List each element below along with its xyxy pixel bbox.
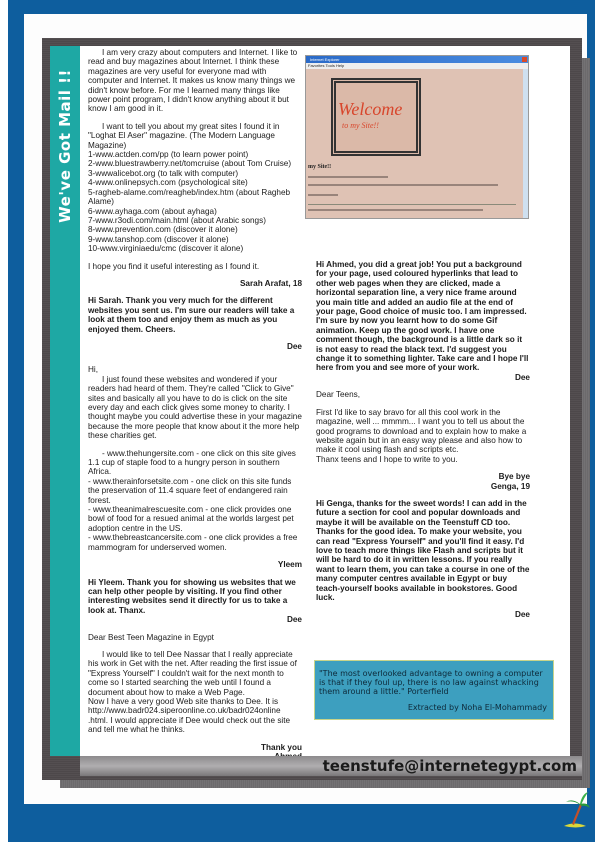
letter-paragraph: I would like to tell Dee Nassar that I r… — [88, 650, 302, 697]
signature: Dee — [316, 610, 530, 619]
page-edge — [0, 0, 8, 842]
left-column: I am very crazy about computers and Inte… — [88, 48, 302, 769]
browser-menubar: Favorites Tools Help — [306, 63, 528, 69]
quote-text: "The most overlooked advantage to owning… — [319, 669, 549, 696]
list-item: 10-www.virginiaedu/cmc (discover it alon… — [88, 244, 302, 253]
letter-paragraph: I am very crazy about computers and Inte… — [88, 48, 302, 114]
list-item: - www.thebreastcancersite.com - one clic… — [88, 533, 302, 552]
list-item: - www.therainforsetsite.com - one click … — [88, 477, 302, 505]
text-line — [308, 209, 483, 211]
letter-sarah: I am very crazy about computers and Inte… — [88, 48, 302, 288]
letter-ahmed: Dear Best Teen Magazine in Egypt I would… — [88, 633, 302, 762]
contact-email[interactable]: teenstufe@internetegypt.com — [323, 756, 577, 776]
list-item: 2-www.bluestrawberry.net/tomcruise (abou… — [88, 159, 302, 168]
text-line — [308, 194, 338, 196]
list-item: 5-ragheb-alame.com/reagheb/index.htm (ab… — [88, 188, 302, 207]
signature-line: Thank you — [88, 743, 302, 752]
letter-closing: I hope you find it useful interesting as… — [88, 262, 302, 271]
section-title: We've Got Mail !! — [50, 46, 80, 246]
list-item: 1-www.actden.com/pp (to learn power poin… — [88, 150, 302, 159]
right-column: Hi Ahmed, you did a great job! You put a… — [316, 260, 530, 628]
site-list: 1-www.actden.com/pp (to learn power poin… — [88, 150, 302, 253]
signature: Sarah Arafat, 18 — [88, 279, 302, 288]
reply-genga: Hi Genga, thanks for the sweet words! I … — [316, 499, 530, 620]
signature: Dee — [88, 615, 302, 624]
letter-yleem: Hi, I just found these websites and wond… — [88, 365, 302, 569]
close-icon — [522, 57, 527, 62]
letter-genga: Dear Teens, First I'd like to say bravo … — [316, 390, 530, 491]
text-line — [308, 176, 388, 178]
quote-box: "The most overlooked advantage to owning… — [314, 660, 554, 720]
list-item: 3-wwwalicebot.org (to talk with computer… — [88, 169, 302, 178]
website-screenshot: Internet Explorer Favorites Tools Help W… — [305, 55, 529, 219]
list-item: - www.theanimalrescuesite.com - one clic… — [88, 505, 302, 533]
letter-paragraph: I just found these websites and wondered… — [88, 375, 302, 441]
signature-line: Genga, 19 — [316, 482, 530, 491]
reply-text: Hi Sarah. Thank you very much for the di… — [88, 296, 302, 334]
reply-yleem: Hi Yleem. Thank you for showing us websi… — [88, 578, 302, 625]
reply-sarah: Hi Sarah. Thank you very much for the di… — [88, 296, 302, 351]
browser-title: Internet Explorer — [310, 56, 340, 63]
signature: Dee — [316, 373, 530, 382]
scrollbar — [523, 69, 528, 218]
letter-greeting: Dear Teens, — [316, 390, 530, 399]
reply-text: Hi Genga, thanks for the sweet words! I … — [316, 499, 530, 602]
letter-greeting: Hi, — [88, 365, 302, 374]
list-item: 4-www.onlinepsych.com (psychological sit… — [88, 178, 302, 187]
letter-paragraph: First I'd like to say bravo for all this… — [316, 408, 530, 455]
browser-titlebar: Internet Explorer — [306, 56, 528, 63]
list-item: 9-www.tanshop.com (discover it alone) — [88, 235, 302, 244]
text-line — [308, 184, 498, 186]
list-item: 7-www.r3odi.com/main.html (about Arabic … — [88, 216, 302, 225]
reply-ahmed: Hi Ahmed, you did a great job! You put a… — [316, 260, 530, 382]
letter-paragraph: Now I have a very good Web site thanks t… — [88, 697, 302, 735]
reply-text: Hi Yleem. Thank you for showing us websi… — [88, 578, 302, 616]
signature-line: Bye bye — [316, 472, 530, 481]
palm-tree-icon — [560, 790, 590, 830]
ornate-frame: Welcome to my Site!! — [331, 78, 421, 156]
reply-text: Hi Ahmed, you did a great job! You put a… — [316, 260, 530, 373]
welcome-subtitle: to my Site!! — [342, 121, 379, 130]
welcome-heading: Welcome — [338, 99, 402, 120]
section-title-text: We've Got Mail !! — [56, 69, 74, 223]
signature: Yleem — [88, 560, 302, 569]
horizontal-rule — [308, 204, 516, 205]
site-heading: my Site!! — [308, 164, 331, 170]
signature: Dee — [88, 342, 302, 351]
list-item: - www.thehungersite.com - one click on t… — [88, 449, 302, 477]
quote-credit: Extracted by Noha El-Mohammady — [408, 703, 547, 712]
letter-greeting: Dear Best Teen Magazine in Egypt — [88, 633, 302, 642]
letter-paragraph: Thanx teens and I hope to write to you. — [316, 455, 530, 464]
site-list: - www.thehungersite.com - one click on t… — [88, 449, 302, 552]
letter-paragraph: I want to tell you about my great sites … — [88, 122, 302, 150]
list-item: 8-www.prevention.com (discover it alone) — [88, 225, 302, 234]
list-item: 6-www.ayhaga.com (about ayhaga) — [88, 207, 302, 216]
